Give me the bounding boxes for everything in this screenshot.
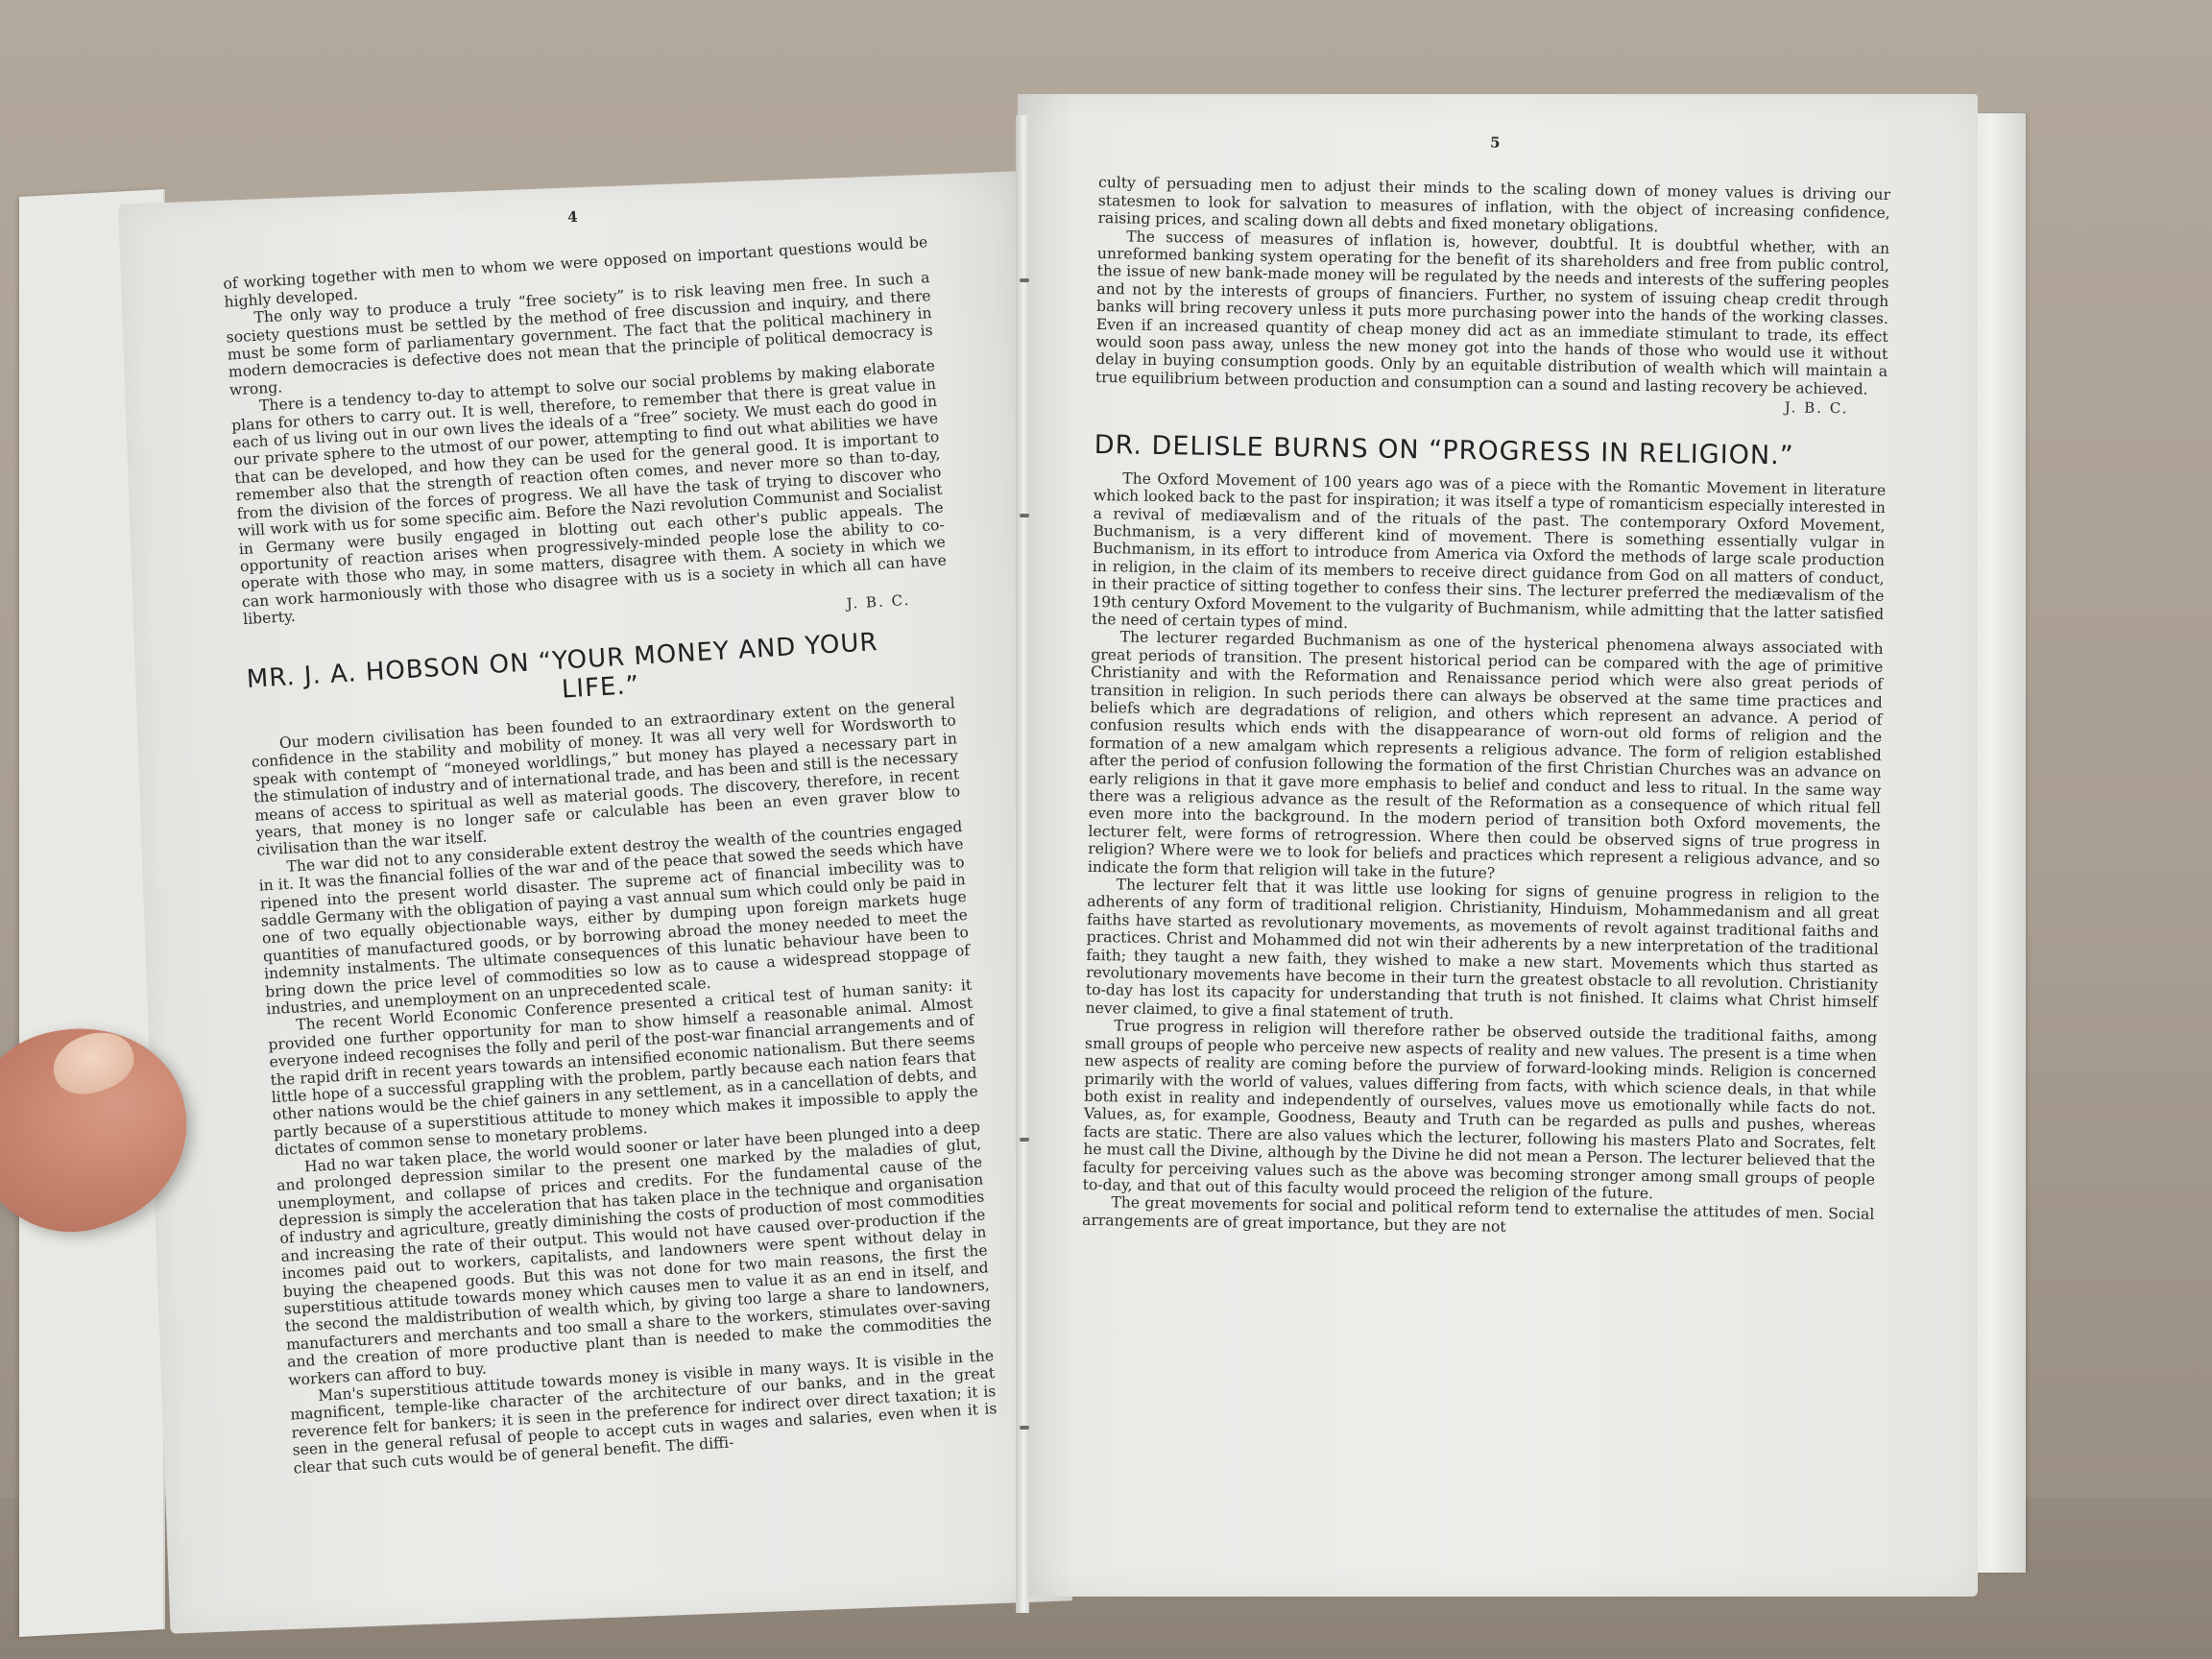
article-paragraph: The lecturer regarded Buchmanism as one … <box>1088 628 1884 888</box>
article-paragraph: The lecturer felt that it was little use… <box>1085 876 1879 1029</box>
article-paragraph: The Oxford Movement of 100 years ago was… <box>1092 469 1887 641</box>
article-paragraph: True progress in religion will therefore… <box>1083 1017 1878 1206</box>
right-page: 5 culty of persuading men to adjust thei… <box>1018 94 1978 1597</box>
page-number: 4 <box>220 187 926 247</box>
staple-icon <box>1020 514 1029 517</box>
staple-icon <box>1020 278 1029 282</box>
article-heading: DR. DELISLE BURNS ON “PROGRESS IN RELIGI… <box>1094 431 1887 472</box>
left-page: 4 of working together with men to whom w… <box>118 171 1072 1633</box>
staple-icon <box>1020 1138 1029 1142</box>
right-page-text: 5 culty of persuading men to adjust thei… <box>1082 128 1891 1241</box>
book-gutter <box>1016 115 1029 1613</box>
article-paragraph: Had no war taken place, the world would … <box>276 1118 994 1388</box>
continued-paragraph: The success of measures of inflation is,… <box>1095 228 1890 399</box>
page-number: 5 <box>1099 128 1891 157</box>
intro-paragraph: There is a tendency to-day to attempt to… <box>230 357 949 628</box>
left-page-text: 4 of working together with men to whom w… <box>220 187 998 1477</box>
staple-icon <box>1020 1426 1029 1430</box>
open-booklet: 4 of working together with men to whom w… <box>0 0 2212 1659</box>
